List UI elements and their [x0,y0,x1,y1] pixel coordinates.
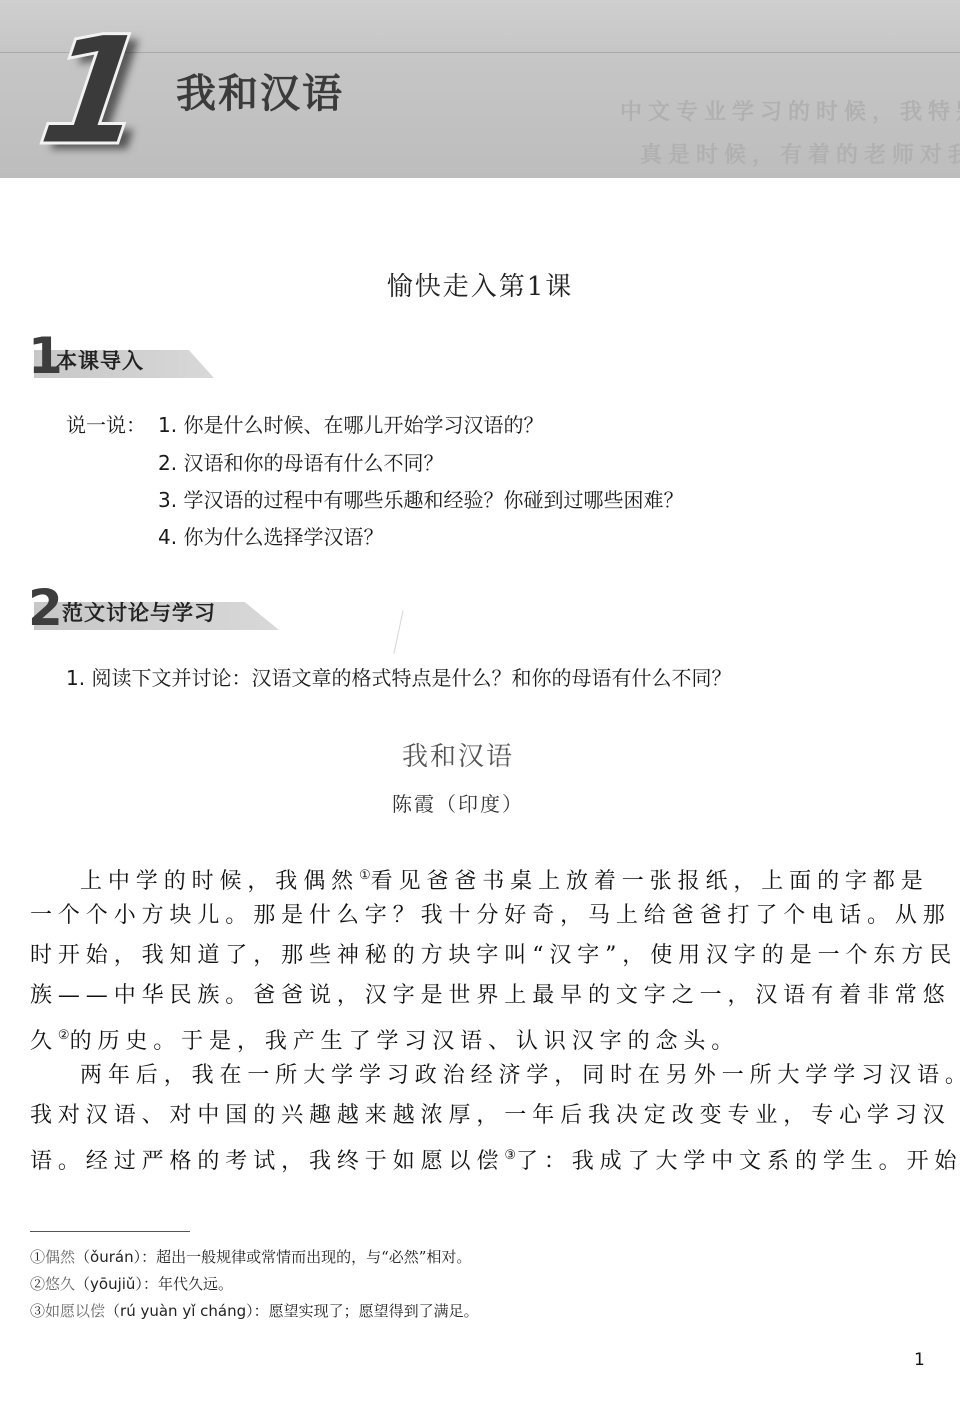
chapter-title: 我和汉语 [176,62,344,119]
text-run: 看见爸爸书桌上放着一张报纸，上面的字都是 [371,869,929,894]
footnote-marker: ① [30,1248,45,1266]
reading-task: 1. 阅读下文并讨论：汉语文章的格式特点是什么？和你的母语有什么不同？ [66,662,731,691]
chapter-number: 1 [32,22,132,162]
question-item: 1. 你是什么时候、在哪儿开始学习汉语的？ [158,410,543,440]
section-title: 范文讨论与学习 [62,597,216,627]
text-run: 的历史。于是，我产生了学习汉语、认识汉字的念头。 [70,1029,740,1054]
essay-line: 时开始，我知道了，那些神秘的方块字叫“汉字”，使用汉字的是一个东方民 [30,936,894,976]
text-run: 上中学的时候，我偶然 [80,869,359,894]
footnote-term: 如愿以偿 [45,1302,105,1320]
footnote-marker: ② [58,1028,70,1043]
scan-artifact [393,610,403,653]
text-run: 久 [30,1029,58,1054]
section-header-intro: 1 本课导入 [28,334,268,382]
text-run: 一个个小方块儿。那是什么字？我十分好奇，马上给爸爸打了个电话。从那 [30,903,951,928]
footnote: ①偶然（ǒurán）：超出一般规律或常情而出现的，与“必然”相对。 [30,1244,471,1270]
essay-line: 一个个小方块儿。那是什么字？我十分好奇，马上给爸爸打了个电话。从那 [30,896,894,936]
footnote-term: 偶然 [45,1248,75,1266]
text-run: 了：我成了大学中文系的学生。开始 [516,1149,960,1174]
footnote-definition: ：愿望实现了；愿望得到了满足。 [254,1302,479,1320]
bleed-through-text: 真是时候，有着的老师对我十分关心 [640,138,960,169]
bleed-through-text: 中文专业学习的时候，我特别喜欢 [620,95,960,126]
footnote-divider [30,1231,190,1232]
footnote-pinyin: （rú yuàn yǐ cháng） [105,1302,254,1320]
text-run: 我对汉语、对中国的兴趣越来越浓厚，一年后我决定改变专业，专心学习汉 [30,1103,951,1128]
text-run: 族——中华民族。爸爸说，汉字是世界上最早的文字之一，汉语有着非常悠 [30,983,951,1008]
essay-line: 久②的历史。于是，我产生了学习汉语、认识汉字的念头。 [30,1016,894,1056]
footnote-marker: ① [359,868,371,883]
essay-line: 我对汉语、对中国的兴趣越来越浓厚，一年后我决定改变专业，专心学习汉 [30,1096,894,1136]
footnote-marker: ③ [504,1148,516,1163]
footnote-pinyin: （yōujiǔ） [75,1275,143,1293]
chapter-banner: 中文专业学习的时候，我特别喜欢 真是时候，有着的老师对我十分关心 1 我和汉语 [0,0,960,178]
essay-author: 陈霞（印度） [0,788,916,817]
essay-line: 两年后，我在一所大学学习政治经济学，同时在另外一所大学学习汉语。 [80,1056,944,1096]
footnote-pinyin: （ǒurán） [75,1248,141,1266]
page-number: 1 [914,1350,925,1370]
footnote: ②悠久（yōujiǔ）：年代久远。 [30,1271,233,1297]
essay-line: 语。经过严格的考试，我终于如愿以偿③了：我成了大学中文系的学生。开始 [30,1136,894,1176]
question-item: 2. 汉语和你的母语有什么不同？ [158,448,443,478]
section-header-reading: 2 范文讨论与学习 [28,586,268,634]
text-run: 语。经过严格的考试，我终于如愿以偿 [30,1149,504,1174]
essay-line: 上中学的时候，我偶然①看见爸爸书桌上放着一张报纸，上面的字都是 [80,856,944,896]
text-run: 两年后，我在一所大学学习政治经济学，同时在另外一所大学学习汉语。 [80,1063,960,1088]
essay-title: 我和汉语 [0,736,916,773]
text-run: 时开始，我知道了，那些神秘的方块字叫“汉字”，使用汉字的是一个东方民 [30,943,957,968]
footnote-marker: ② [30,1275,45,1293]
discussion-lead: 说一说： [66,410,146,440]
footnote-term: 悠久 [45,1275,75,1293]
footnote-definition: ：年代久远。 [143,1275,233,1293]
question-item: 4. 你为什么选择学汉语？ [158,522,383,552]
footnote: ③如愿以偿（rú yuàn yǐ cháng）：愿望实现了；愿望得到了满足。 [30,1298,479,1324]
question-item: 3. 学汉语的过程中有哪些乐趣和经验？你碰到过哪些困难？ [158,485,683,515]
footnote-marker: ③ [30,1302,45,1320]
footnote-definition: ：超出一般规律或常情而出现的，与“必然”相对。 [141,1248,471,1266]
section-title: 本课导入 [56,345,144,375]
essay-line: 族——中华民族。爸爸说，汉字是世界上最早的文字之一，汉语有着非常悠 [30,976,894,1016]
section-number: 2 [28,580,63,636]
lesson-heading: 愉快走入第1课 [0,266,960,303]
